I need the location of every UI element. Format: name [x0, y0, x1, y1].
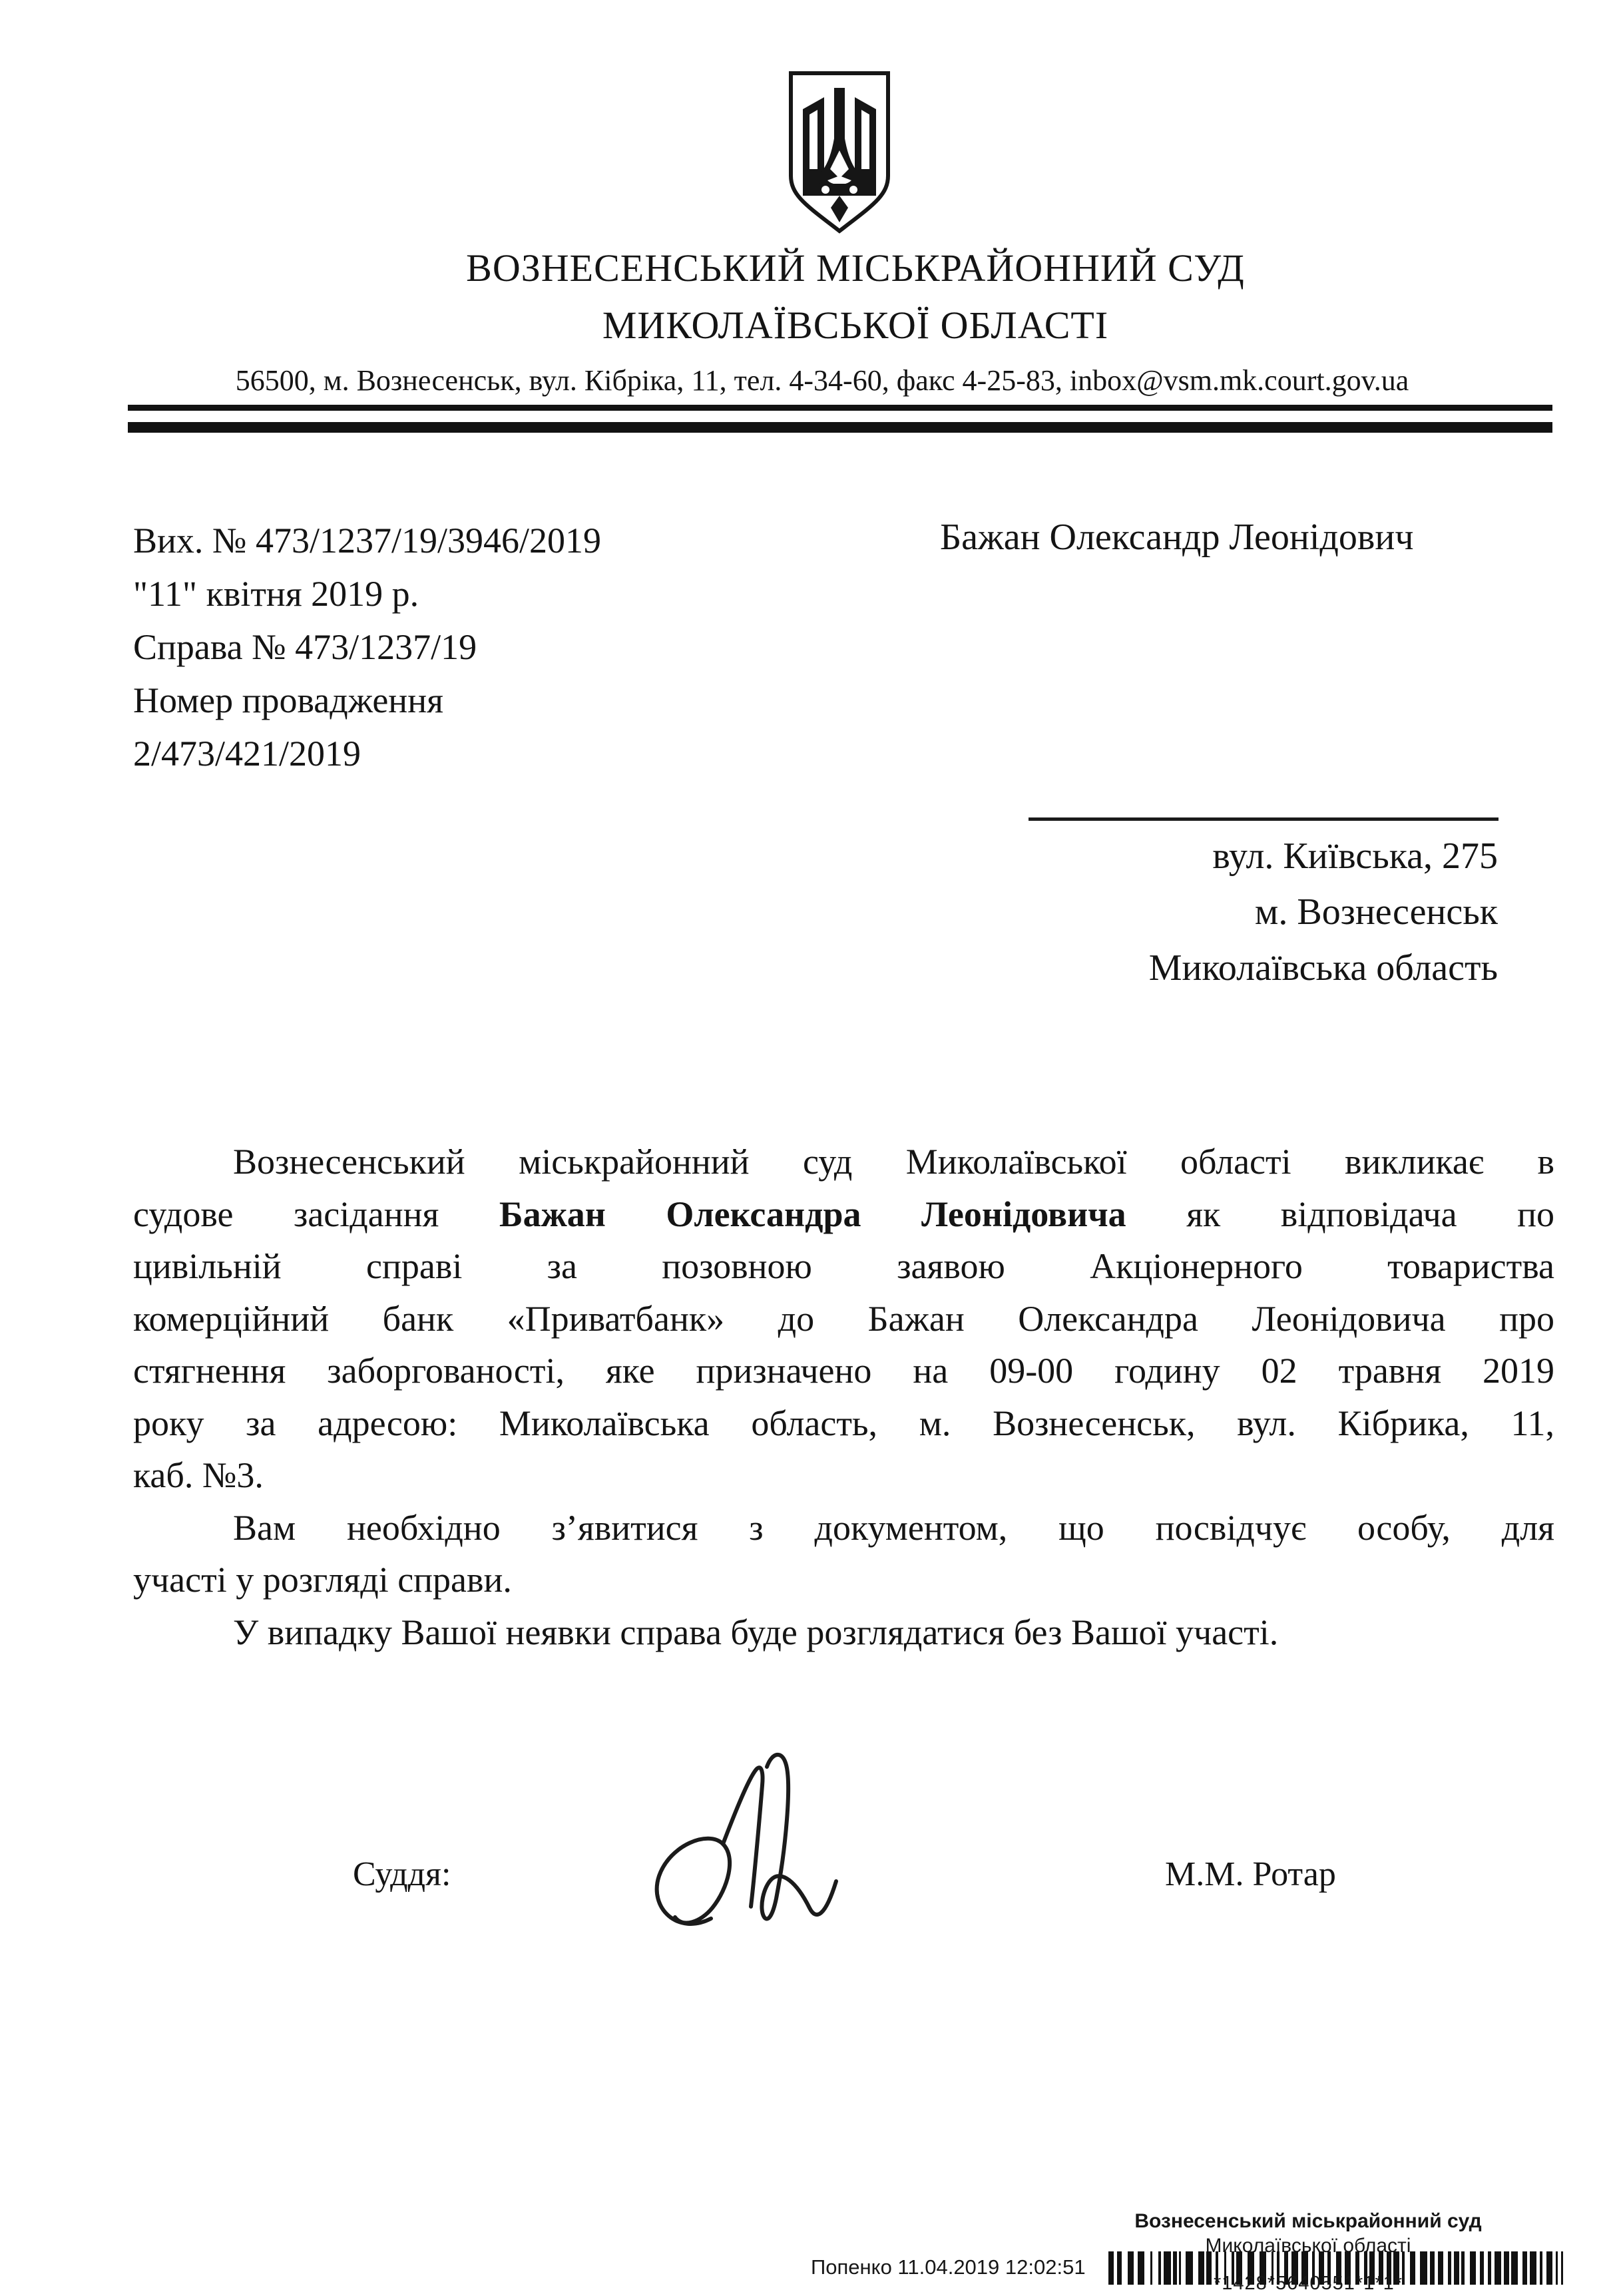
header-rule-thin [128, 405, 1552, 411]
court-address-line: 56500, м. Вознесенськ, вул. Кібріка, 11,… [13, 363, 1617, 397]
body-text-segment: Вам необхідно з’явитися з документом, що… [233, 1508, 1554, 1548]
body-line: Вам необхідно з’явитися з документом, що… [133, 1502, 1554, 1554]
body-text-bold-segment: Бажан Олександра Леонідовича [499, 1194, 1126, 1234]
body-line: комерційний банк «Приватбанк» до Бажан О… [133, 1293, 1554, 1345]
header-rule-thick [128, 422, 1552, 433]
ukraine-trident-emblem-icon [786, 69, 893, 237]
body-text-segment: судове засідання [133, 1194, 499, 1234]
footer-court-line1: Вознесенський міськрайонний суд [1105, 2210, 1511, 2233]
court-summons-document: ВОЗНЕСЕНСЬКИЙ МІСЬКРАЙОННИЙ СУД МИКОЛАЇВ… [0, 0, 1617, 2296]
judge-label: Суддя: [353, 1855, 451, 1894]
barcode-text: *1428*5640551*1*1* [1108, 2273, 1508, 2295]
recipient-city: м. Вознесенськ [865, 884, 1498, 940]
body-text-segment: участі у розгляді справи. [133, 1560, 512, 1600]
body-text-segment: комерційний банк «Приватбанк» до Бажан О… [133, 1299, 1554, 1339]
court-name-line1: ВОЗНЕСЕНСЬКИЙ МІСЬКРАЙОННИЙ СУД [359, 240, 1351, 297]
letter-date: "11" квітня 2019 р. [133, 567, 932, 620]
judge-name: М.М. Ротар [1165, 1855, 1336, 1894]
body-text-segment: року за адресою: Миколаївська область, м… [133, 1403, 1554, 1443]
proceeding-label: Номер провадження [133, 674, 932, 727]
case-number: Справа № 473/1237/19 [133, 620, 932, 674]
footer-operator-line: Попенко 11.04.2019 12:02:51 [811, 2255, 1086, 2279]
body-text-segment: як відповідача по [1126, 1194, 1554, 1234]
body-text-segment: У випадку Вашої неявки справа буде розгл… [233, 1612, 1278, 1652]
body-line: У випадку Вашої неявки справа буде розгл… [133, 1606, 1554, 1659]
court-name-line2: МИКОЛАЇВСЬКОЇ ОБЛАСТІ [359, 297, 1351, 354]
recipient-underline [1029, 817, 1499, 821]
recipient-name: Бажан Олександр Леонідович [940, 516, 1539, 559]
body-text-segment: стягнення заборгованості, яке призначено… [133, 1351, 1554, 1391]
recipient-address: вул. Київська, 275 м. Вознесенськ Микола… [865, 828, 1498, 996]
body-line: каб. №3. [133, 1449, 1554, 1502]
reference-block: Вих. № 473/1237/19/3946/2019 "11" квітня… [133, 514, 932, 780]
body-text-segment: Вознесенський міськрайонний суд Миколаїв… [233, 1142, 1554, 1182]
court-name: ВОЗНЕСЕНСЬКИЙ МІСЬКРАЙОННИЙ СУД МИКОЛАЇВ… [359, 240, 1351, 354]
recipient-region: Миколаївська область [865, 940, 1498, 996]
proceeding-number: 2/473/421/2019 [133, 727, 932, 780]
body-text-segment: каб. №3. [133, 1455, 264, 1495]
recipient-street: вул. Київська, 275 [865, 828, 1498, 884]
body-line: цивільній справі за позовною заявою Акці… [133, 1240, 1554, 1293]
body-line: судове засідання Бажан Олександра Леонід… [133, 1188, 1554, 1241]
judge-signature-icon [626, 1744, 919, 1951]
body-line: участі у розгляді справи. [133, 1554, 1554, 1606]
body-line: Вознесенський міськрайонний суд Миколаїв… [133, 1136, 1554, 1188]
body-line: року за адресою: Миколаївська область, м… [133, 1397, 1554, 1450]
outgoing-number: Вих. № 473/1237/19/3946/2019 [133, 514, 932, 567]
body-text-segment: цивільній справі за позовною заявою Акці… [133, 1246, 1554, 1286]
body-text: Вознесенський міськрайонний суд Миколаїв… [133, 1136, 1554, 1658]
body-line: стягнення заборгованості, яке призначено… [133, 1345, 1554, 1397]
